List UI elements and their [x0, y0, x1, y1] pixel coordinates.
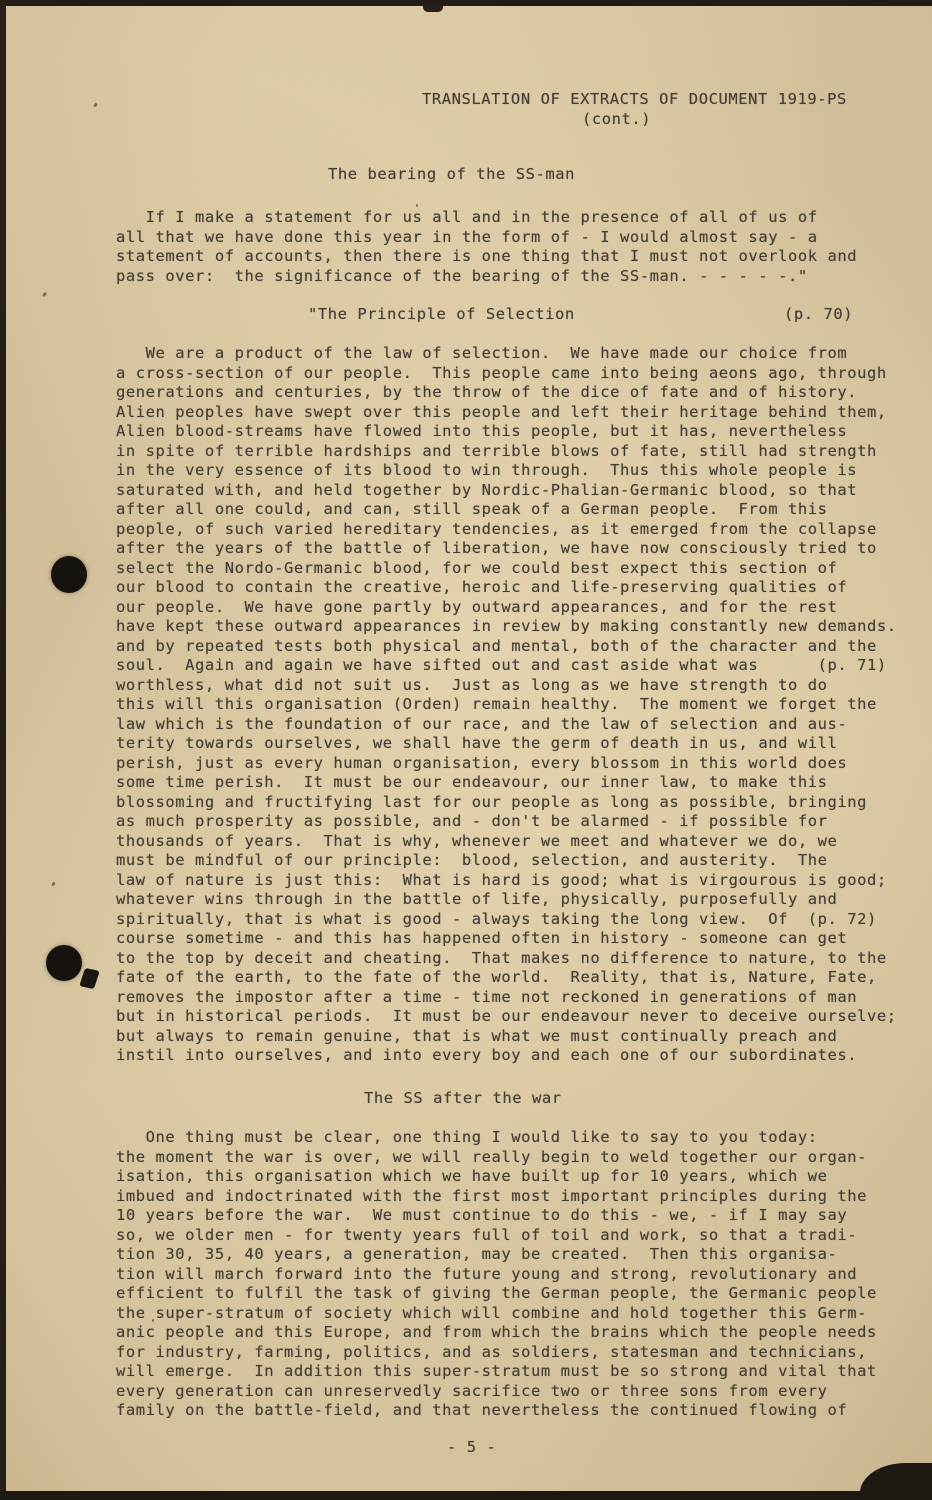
paragraph-bearing-of-ss-man: If I make a statement for us all and in …	[116, 208, 857, 286]
scan-edge-top	[0, 0, 932, 6]
heading-ss-after-the-war: The SS after the war	[364, 1089, 562, 1109]
hole-punch-mark	[46, 945, 82, 981]
heading-principle-of-selection: "The Principle of Selection	[308, 305, 575, 325]
paper-page: TRANSLATION OF EXTRACTS OF DOCUMENT 1919…	[6, 6, 932, 1491]
paper-speck	[416, 204, 418, 207]
paper-speck	[42, 292, 48, 298]
paragraph-ss-after-the-war: One thing must be clear, one thing I wou…	[116, 1128, 877, 1421]
paper-speck	[152, 1319, 154, 1322]
paper-speck	[51, 882, 56, 887]
paper-speck	[93, 103, 98, 108]
paragraph-principle-of-selection: We are a product of the law of selection…	[116, 344, 897, 1066]
document-title: TRANSLATION OF EXTRACTS OF DOCUMENT 1919…	[422, 90, 847, 110]
scan-edge-bottom	[0, 1491, 932, 1500]
scan-edge-left	[0, 0, 6, 1500]
page-reference-70: (p. 70)	[784, 305, 853, 325]
scanned-document: TRANSLATION OF EXTRACTS OF DOCUMENT 1919…	[0, 0, 932, 1500]
document-title-continuation: (cont.)	[582, 110, 651, 130]
hole-punch-mark	[51, 556, 87, 593]
heading-bearing-of-ss-man: The bearing of the SS-man	[328, 165, 575, 185]
scan-notch	[423, 5, 443, 12]
page-number: - 5 -	[447, 1438, 496, 1458]
